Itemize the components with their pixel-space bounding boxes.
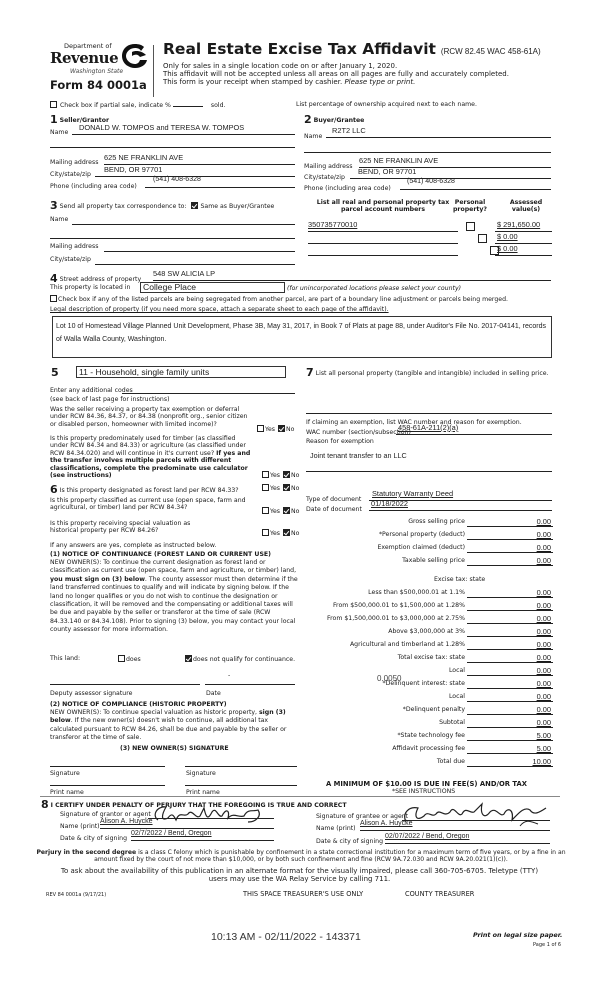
historic-yes-checkbox[interactable] — [262, 529, 269, 536]
parcel-number-field[interactable] — [308, 245, 458, 256]
tax-row-label: Gross selling price — [408, 518, 465, 525]
legal-description-label: Legal description of property (if you ne… — [50, 306, 389, 313]
additional-codes-note: (see back of last page for instructions) — [50, 396, 170, 403]
header-note-1: Only for sales in a single location code… — [163, 62, 583, 70]
additional-codes-field[interactable] — [122, 393, 295, 394]
historic-yesno: Yes No — [262, 529, 299, 537]
tax-row-value[interactable]: 10.00 — [533, 758, 552, 767]
tax-row-label: Exemption claimed (deduct) — [377, 544, 465, 551]
tax-row: Local 0.00 — [300, 693, 553, 703]
tax-row: From $500,000.01 to $1,500,000 at 1.28% … — [300, 602, 553, 612]
grantor-date-label: Date & city of signing — [60, 835, 127, 842]
notice1-text: NEW OWNER(S): To continue the current de… — [50, 559, 298, 635]
tax-row-label: From $500,000.01 to $1,500,000 at 1.28% — [333, 602, 465, 609]
tax-row-value[interactable]: 0.00 — [537, 719, 551, 728]
form-number: Form 84 0001a — [50, 79, 147, 93]
tax-row-label: Taxable selling price — [402, 557, 465, 564]
reason-line[interactable] — [306, 471, 552, 472]
parcel-number-field[interactable]: 350735770010 — [308, 221, 458, 232]
section8-divider — [40, 796, 560, 797]
header-note-2: This affidavit will not be accepted unle… — [163, 70, 583, 78]
see-instructions: *SEE INSTRUCTIONS — [392, 788, 455, 795]
current-use-no-checkbox[interactable] — [283, 507, 290, 514]
parcel-number-field[interactable] — [308, 233, 458, 244]
current-use-yesno: Yes No — [262, 507, 299, 515]
correspondence-address-field[interactable] — [104, 251, 295, 252]
located-note: (for unincorporated locations please sel… — [287, 285, 461, 292]
tax-row: Exemption claimed (deduct) 0.00 — [300, 544, 553, 554]
seller-name-label: Name — [50, 129, 68, 136]
correspondence-heading: 3Send all property tax correspondence to… — [50, 199, 274, 212]
new-owner-heading: (3) NEW OWNER(S) SIGNATURE — [120, 745, 229, 752]
located-label: This property is located in — [50, 284, 130, 291]
buyer-name-line2[interactable] — [304, 152, 551, 153]
tax-row: Above $3,000,000 at 3% 0.00 — [300, 628, 553, 638]
treasurer-stamp: 10:13 AM - 02/11/2022 - 143371 — [211, 931, 361, 944]
tax-row-label: Total excise tax: state — [398, 654, 465, 661]
tax-row-label: Above $3,000,000 at 3% — [388, 628, 465, 635]
tax-row-value[interactable]: 0.00 — [537, 628, 551, 637]
grantor-name-label: Name (print) — [60, 823, 100, 830]
header-note-3-italic: Please type or print. — [344, 78, 415, 86]
tax-row-label: Less than $500,000.01 at 1.1% — [368, 589, 465, 596]
reason-label: Reason for exemption — [306, 438, 374, 445]
timber-no-checkbox[interactable] — [283, 471, 290, 478]
personal-col-header: Personal property? — [449, 199, 491, 214]
current-use-question: Is this property classified as current u… — [50, 497, 250, 512]
timber-question: Is this property predominately used for … — [50, 435, 255, 480]
seller-phone-field[interactable]: (541) 408-6328 — [145, 176, 295, 188]
does-not-qualify-checkbox[interactable] — [185, 655, 192, 662]
revenue-logo-icon — [120, 42, 150, 70]
buyer-city-label: City/state/zip — [304, 174, 345, 181]
buyer-name-label: Name — [304, 133, 322, 140]
seller-exemption-yes-checkbox[interactable] — [257, 425, 264, 432]
seller-exemption-no-checkbox[interactable] — [278, 425, 285, 432]
forest-question: 6Is this property designated as forest l… — [50, 483, 260, 496]
doc-date-label: Date of document — [306, 506, 362, 513]
tax-row-value[interactable]: 0.00 — [537, 680, 551, 689]
header-divider — [153, 45, 154, 97]
additional-codes-label: Enter any additional codes — [50, 387, 133, 394]
tax-row-label: *Personal property (deduct) — [379, 531, 465, 538]
page-title-block: Real Estate Excise Tax Affidavit (RCW 82… — [163, 40, 583, 87]
page-number: Page 1 of 6 — [533, 942, 561, 948]
seller-city-label: City/state/zip — [50, 171, 91, 178]
tax-row-label: From $1,500,000.01 to $3,000,000 at 2.75… — [327, 615, 465, 622]
street-field[interactable]: 548 SW ALICIA LP — [153, 270, 551, 281]
seller-address-field[interactable]: 625 NE FRANKLIN AVE — [104, 154, 295, 165]
seller-name-line2[interactable] — [50, 147, 295, 148]
tax-row-label: Agricultural and timberland at 1.28% — [350, 641, 465, 648]
tax-row: *Personal property (deduct) 0.00 — [300, 531, 553, 541]
grantee-date-field[interactable]: 02/07/2022 / Bend, Oregon — [385, 833, 550, 844]
owner-signature-1-field[interactable] — [50, 766, 165, 767]
tax-row-value[interactable]: 0.00 — [537, 602, 551, 611]
deputy-date-label: Date — [206, 690, 221, 697]
does-not-option: does not qualify for continuance. — [185, 655, 300, 663]
tax-row: Local 0.00 — [300, 667, 553, 677]
header-note-3: This form is your receipt when stamped b… — [163, 78, 342, 86]
partial-sale-label: Check box if partial sale, indicate % — [60, 102, 171, 109]
tax-row-label: Affidavit processing fee — [392, 745, 465, 752]
title-reference: (RCW 82.45 WAC 458-61A) — [441, 47, 541, 56]
tax-row-label: *Delinquent penalty — [403, 706, 465, 713]
partial-sale-row: Check box if partial sale, indicate % so… — [50, 101, 225, 109]
tax-row-label: Local — [449, 667, 465, 674]
tax-row: Total due 10.00 — [300, 758, 553, 768]
page-title: Real Estate Excise Tax Affidavit — [163, 40, 436, 58]
grantor-date-field[interactable]: 02/7/2022 / Bend, Oregon — [131, 830, 274, 841]
seller-name-field[interactable]: DONALD W. TOMPOS and TERESA W. TOMPOS — [72, 124, 295, 135]
tax-row: Gross selling price 0.00 — [300, 518, 553, 528]
historic-no-checkbox[interactable] — [283, 529, 290, 536]
correspondence-name-label: Name — [50, 216, 68, 223]
tax-row: *Delinquent interest: state 0.00 — [300, 680, 553, 690]
assessed-value-field[interactable]: $ 0.00 — [495, 245, 552, 256]
personal-property-field[interactable] — [306, 413, 552, 414]
deputy-signature-label: Deputy assessor signature — [50, 690, 132, 697]
county-treasurer: COUNTY TREASURER — [405, 891, 474, 899]
correspondence-name-line2[interactable] — [50, 238, 295, 239]
treasurer-use-only: THIS SPACE TREASURER'S USE ONLY — [243, 891, 363, 899]
tax-row: Taxable selling price 0.00 — [300, 557, 553, 567]
parcel-col-header: List all real and personal property tax … — [308, 199, 458, 214]
tax-row-value[interactable]: 0.00 — [537, 693, 551, 702]
tax-row: Total excise tax: state 0.00 — [300, 654, 553, 664]
tax-row: *State technology fee 5.00 — [300, 732, 553, 742]
agency-line2: Revenue — [50, 49, 118, 67]
assessed-col-header: Assessed value(s) — [500, 199, 552, 214]
ownership-note: List percentage of ownership acquired ne… — [296, 101, 477, 108]
tax-row-value[interactable]: 0.00 — [537, 641, 551, 650]
correspondence-name-field[interactable] — [72, 224, 295, 225]
form-revision: REV 84 0001a (9/17/21) — [46, 892, 106, 898]
seller-address-label: Mailing address — [50, 159, 98, 166]
tax-row-label: Total due — [437, 758, 465, 765]
partial-sale-checkbox[interactable] — [50, 101, 57, 108]
tax-row-value[interactable]: 5.00 — [537, 732, 551, 741]
tax-row: From $1,500,000.01 to $3,000,000 at 2.75… — [300, 615, 553, 625]
tax-row: Subtotal 0.00 — [300, 719, 553, 729]
notice1-heading: (1) NOTICE OF CONTINUANCE (FOREST LAND O… — [50, 551, 271, 558]
tax-row: Less than $500,000.01 at 1.1% 0.00 — [300, 589, 553, 599]
segregated-checkbox[interactable] — [50, 295, 57, 302]
owner-signature-2-field[interactable] — [185, 766, 297, 767]
personal-property-checkbox[interactable] — [466, 222, 475, 231]
grantor-name-field[interactable]: Alison A. Huycke — [100, 818, 274, 829]
buyer-heading: 2Buyer/Grantee — [304, 113, 364, 126]
agency-line3: Washington State — [70, 68, 123, 75]
tax-row-label: *State technology fee — [397, 732, 465, 739]
tax-row-value[interactable]: 0.00 — [537, 615, 551, 624]
tax-row-label: Local — [449, 693, 465, 700]
tax-row-label: Subtotal — [439, 719, 465, 726]
same-as-buyer-checkbox[interactable] — [191, 202, 198, 209]
accessibility-notice: To ask about the availability of this pu… — [52, 867, 547, 883]
excise-state-heading: Excise tax: state — [434, 576, 485, 583]
correspondence-city-field[interactable] — [95, 264, 295, 265]
forest-no-checkbox[interactable] — [283, 484, 290, 491]
partial-sale-percent-field[interactable] — [173, 101, 203, 107]
legal-description-field[interactable]: Lot 10 of Homestead Village Planned Unit… — [52, 316, 552, 358]
agency-logo: Department of Revenue Washington State F… — [50, 42, 160, 102]
tax-row-value[interactable]: 0.00 — [537, 518, 551, 527]
tax-row-value[interactable]: 0.00 — [537, 531, 551, 540]
does-qualify-checkbox[interactable] — [118, 655, 125, 662]
notice2-heading: (2) NOTICE OF COMPLIANCE (HISTORIC PROPE… — [50, 701, 227, 708]
wac-field[interactable]: 458-61A-211(2)(a) — [396, 424, 552, 435]
buyer-phone-field[interactable]: (541) 408-6328 — [400, 178, 551, 190]
minimum-due-note: A MINIMUM OF $10.00 IS DUE IN FEE(S) AND… — [326, 780, 527, 788]
partial-sale-label-post: sold. — [211, 102, 226, 109]
buyer-name-field[interactable]: R2T2 LLC — [326, 127, 551, 138]
section5-number: 5 — [51, 366, 59, 379]
tax-row-value[interactable]: 5.00 — [537, 745, 551, 754]
parcel-table: 350735770010 $ 291,650.00 $ 0.00 $ 0.00 — [0, 0, 600, 10]
historic-question: Is this property receiving special valua… — [50, 520, 220, 535]
buyer-address-label: Mailing address — [304, 163, 352, 170]
grantee-date-label: Date & city of signing — [316, 838, 383, 845]
tax-row-value[interactable]: 0.00 — [537, 589, 551, 598]
personal-property-checkbox[interactable] — [478, 234, 487, 243]
personal-property-heading: 7List all personal property (tangible an… — [306, 366, 552, 379]
owner-print-name-2-field[interactable] — [185, 785, 297, 786]
reason-field[interactable]: Joint tenant transfer to an LLC — [310, 452, 407, 461]
tax-row-value[interactable]: 0.00 — [537, 667, 551, 676]
does-option: does — [118, 655, 141, 663]
owner-signature-1-label: Signature — [50, 770, 80, 777]
tax-row: Affidavit processing fee 5.00 — [300, 745, 553, 755]
if-yes-note: If any answers are yes, complete as inst… — [50, 542, 216, 549]
timber-yesno: Yes No — [262, 471, 299, 479]
doc-date-field[interactable]: 01/18/2022 — [369, 500, 552, 511]
perjury-notice: Perjury in the second degree is a class … — [36, 849, 566, 864]
segregated-row: Check box if any of the listed parcels a… — [50, 295, 508, 303]
print-note: Print on legal size paper. — [473, 932, 562, 940]
continuance-dash: - — [228, 672, 230, 679]
correspondence-city-label: City/state/zip — [50, 256, 91, 263]
tax-row: Agricultural and timberland at 1.28% 0.0… — [300, 641, 553, 651]
tax-row-value[interactable]: 0.00 — [537, 654, 551, 663]
deputy-date-field[interactable] — [205, 684, 295, 685]
tax-row: *Delinquent penalty 0.00 — [300, 706, 553, 716]
tax-row-value[interactable]: 0.00 — [537, 544, 551, 553]
tax-row-label: *Delinquent interest: state — [383, 680, 465, 687]
tax-row-value[interactable]: 0.00 — [537, 557, 551, 566]
notice2-text: NEW OWNER(S): To continue special valuat… — [50, 709, 298, 743]
this-land-label: This land: — [50, 655, 80, 662]
doc-type-label: Type of document — [306, 496, 361, 503]
seller-exemption-yesno: Yes No — [257, 425, 294, 433]
grantee-name-field[interactable]: Alison A. Huycke — [360, 820, 550, 831]
deputy-signature-field[interactable] — [50, 684, 200, 685]
forest-yesno: Yes No — [262, 484, 299, 492]
timber-yes-checkbox[interactable] — [262, 471, 269, 478]
owner-print-name-1-field[interactable] — [50, 785, 165, 786]
seller-exemption-question: Was the seller receiving a property tax … — [50, 406, 255, 428]
tax-row-value[interactable]: 0.00 — [537, 706, 551, 715]
assessed-value-field[interactable]: $ 291,650.00 — [495, 221, 552, 232]
owner-signature-2-label: Signature — [186, 770, 216, 777]
current-use-yes-checkbox[interactable] — [262, 507, 269, 514]
forest-yes-checkbox[interactable] — [262, 484, 269, 491]
use-code-select[interactable]: 11 - Household, single family units — [76, 366, 286, 378]
grantee-name-label: Name (print) — [316, 825, 356, 832]
correspondence-address-label: Mailing address — [50, 243, 98, 250]
buyer-phone-label: Phone (including area code) — [304, 185, 391, 192]
assessed-value-field[interactable]: $ 0.00 — [495, 233, 552, 244]
location-select[interactable]: College Place — [140, 282, 285, 293]
seller-phone-label: Phone (including area code) — [50, 183, 137, 190]
